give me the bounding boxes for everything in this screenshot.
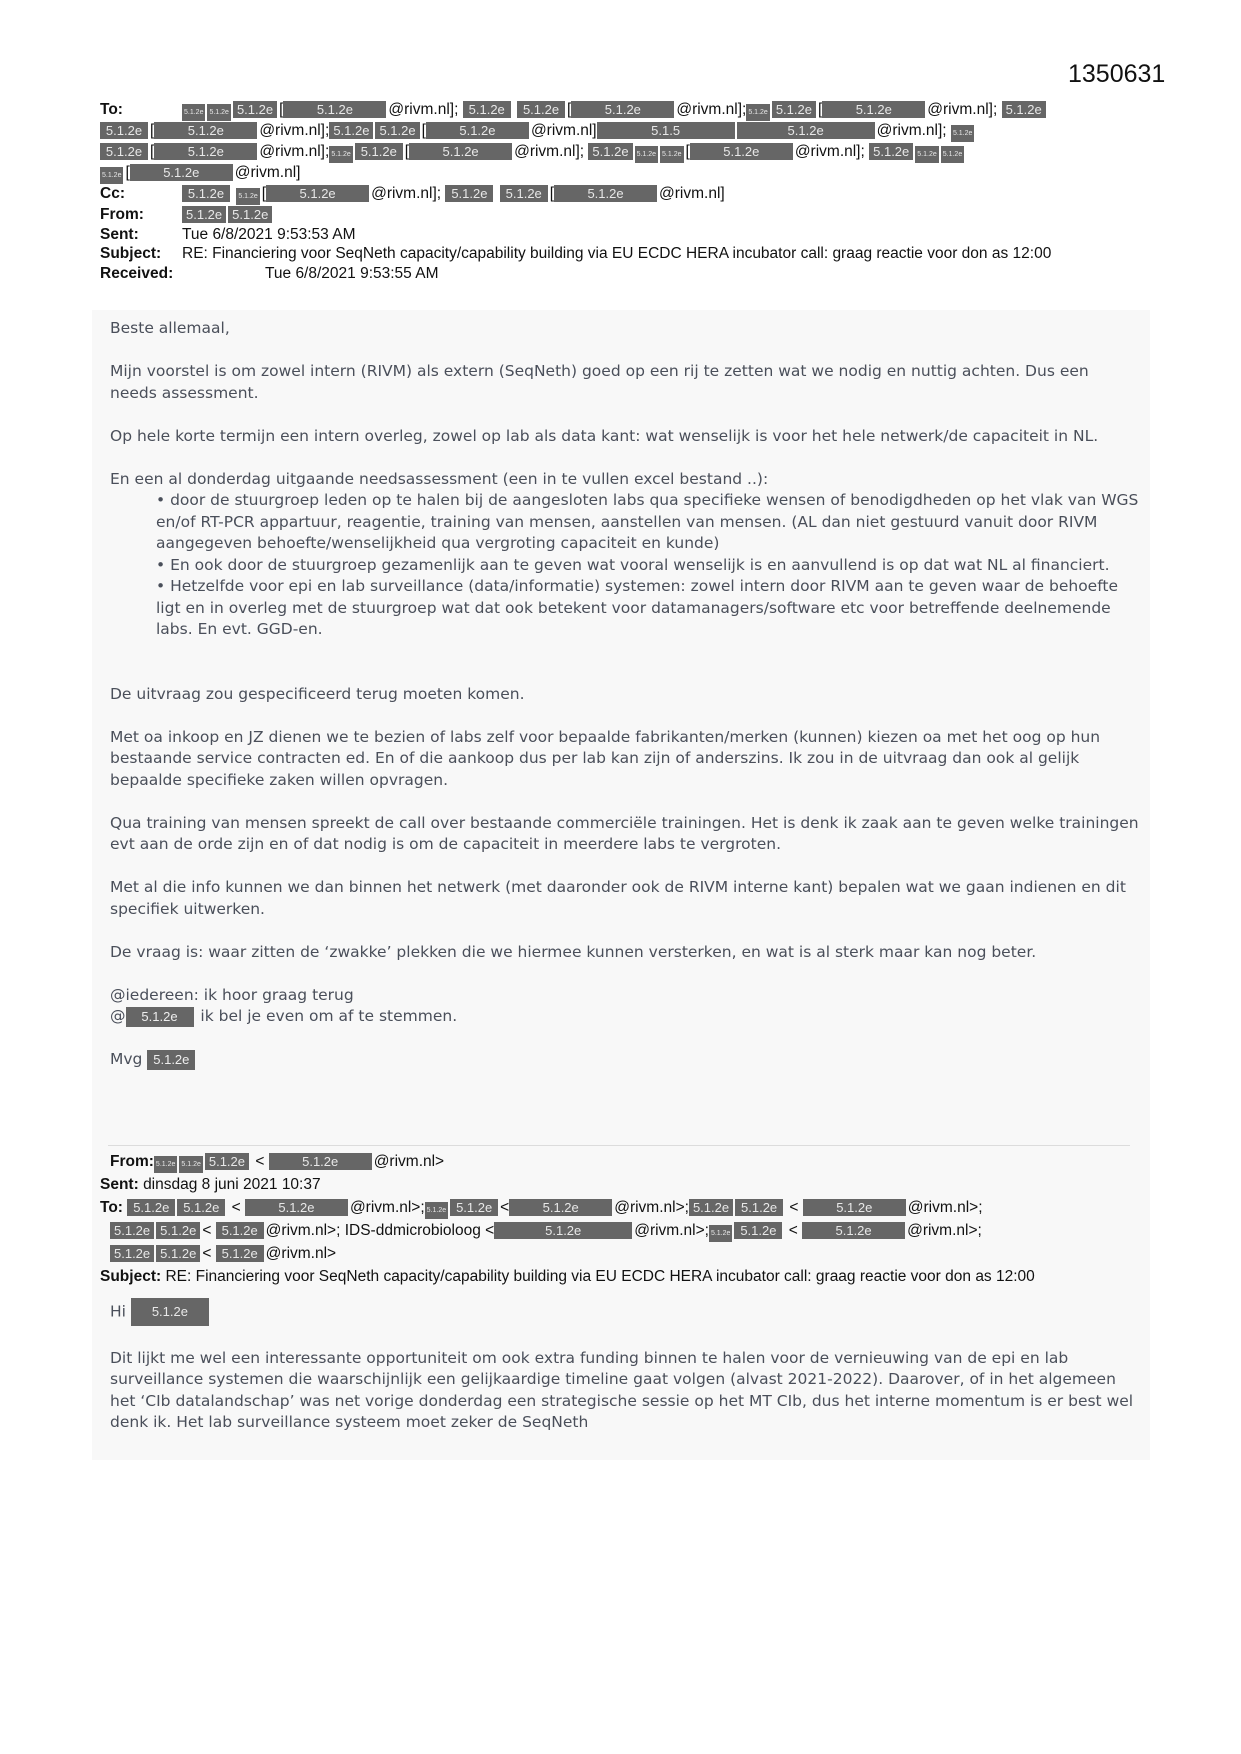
redaction: 5.1.2e — [802, 1222, 905, 1239]
redaction: 5.1.2e — [110, 1222, 154, 1239]
paragraph: Met oa inkoop en JZ dienen we te bezien … — [110, 727, 1140, 792]
cc-row: Cc:5.1.2e 5.1.2e[5.1.2e@rivm.nl]; 5.1.2e… — [100, 184, 1130, 205]
redaction: 5.1.2e — [177, 1199, 225, 1216]
email-suffix: @rivm.nl]; — [388, 101, 458, 118]
subject-row: Subject:RE: Financiering voor SeqNeth ca… — [100, 244, 1130, 264]
bullet-item: Hetzelfde voor epi en lab surveillance (… — [156, 576, 1140, 641]
redaction: 5.1.2e — [445, 185, 493, 202]
redaction: 5.1.2e — [500, 185, 548, 202]
redaction: 5.1.2e — [329, 122, 373, 139]
fwd-subject-value: RE: Financiering voor SeqNeth capacity/c… — [165, 1268, 1034, 1285]
to-label: To: — [100, 100, 182, 120]
redaction: 5.1.2e — [941, 146, 964, 163]
redaction: 5.1.2e — [426, 122, 529, 139]
redaction: 5.1.2e — [734, 1222, 782, 1239]
received-row: Received:Tue 6/8/2021 9:53:55 AM — [100, 264, 1130, 284]
email-suffix: @rivm.nl]; — [259, 122, 329, 139]
paragraph: De vraag is: waar zitten de ‘zwakke’ ple… — [110, 942, 1140, 964]
redaction: 5.1.2e — [951, 125, 974, 142]
redaction: 5.1.2e — [283, 101, 386, 118]
cc-label: Cc: — [100, 184, 182, 204]
redaction: 5.1.2e — [182, 185, 230, 202]
fwd-sent-value: dinsdag 8 juni 2021 10:37 — [143, 1176, 321, 1193]
redaction: 5.1.2e — [660, 146, 683, 163]
redaction: 5.1.2e — [635, 146, 658, 163]
greeting: Beste allemaal, — [110, 318, 1140, 340]
email-header: To:5.1.2e5.1.2e5.1.2e[5.1.2e@rivm.nl]; 5… — [100, 100, 1130, 283]
email-suffix: @rivm.nl]; — [259, 143, 329, 160]
bullet-item: En ook door de stuurgroep gezamenlijk aa… — [156, 555, 1140, 577]
fwd-paragraph: Dit lijkt me wel een interessante opport… — [110, 1348, 1140, 1434]
redaction: 5.1.2e — [236, 188, 259, 205]
redaction: 5.1.2e — [709, 1225, 732, 1242]
sent-label: Sent: — [100, 225, 182, 245]
redaction: 5.1.2e — [803, 1199, 906, 1216]
redaction: 5.1.2e — [409, 143, 512, 160]
redaction: 5.1.2e — [266, 185, 369, 202]
redaction: 5.1.2e — [450, 1199, 498, 1216]
redaction: 5.1.2e — [772, 101, 816, 118]
email-suffix: @rivm.nl] — [235, 164, 301, 181]
redaction: 5.1.2e — [154, 1156, 177, 1173]
email-suffix: @rivm.nl] — [659, 185, 725, 202]
redaction: 5.1.5 — [597, 122, 735, 139]
email-suffix: @rivm.nl]; — [514, 143, 584, 160]
redaction: 5.1.2e — [269, 1153, 372, 1170]
redaction: 5.1.2e — [126, 1007, 194, 1027]
fwd-to-row-3: 5.1.2e5.1.2e< 5.1.2e@rivm.nl> — [100, 1242, 1140, 1265]
received-value: Tue 6/8/2021 9:53:55 AM — [265, 265, 439, 282]
redaction: 5.1.2e — [517, 101, 565, 118]
fwd-from-label: From: — [110, 1153, 154, 1170]
fwd-subject-label: Subject: — [100, 1268, 161, 1285]
subject-label: Subject: — [100, 244, 182, 264]
redaction: 5.1.2e — [463, 101, 511, 118]
from-row: From:5.1.2e5.1.2e — [100, 205, 1130, 225]
fwd-from-row: From:5.1.2e5.1.2e5.1.2e < 5.1.2e@rivm.nl… — [100, 1150, 1140, 1173]
forwarded-body: Hi 5.1.2e Dit lijkt me wel een interessa… — [110, 1298, 1140, 1455]
fwd-to-label: To: — [100, 1199, 123, 1216]
sent-value: Tue 6/8/2021 9:53:53 AM — [182, 226, 356, 243]
redaction: 5.1.2e — [737, 122, 875, 139]
divider — [108, 1145, 1130, 1146]
redaction: 5.1.2e — [494, 1222, 632, 1239]
redaction: 5.1.2e — [100, 143, 148, 160]
redaction: 5.1.2e — [245, 1199, 348, 1216]
paragraph: De uitvraag zou gespecificeerd terug moe… — [110, 684, 1140, 706]
email-suffix: @rivm.nl]; — [371, 185, 441, 202]
redaction: 5.1.2e — [154, 122, 257, 139]
redaction: 5.1.2e — [588, 143, 632, 160]
fwd-sent-row: Sent: dinsdag 8 juni 2021 10:37 — [100, 1173, 1140, 1196]
redaction: 5.1.2e — [100, 122, 148, 139]
redaction: 5.1.2e — [869, 143, 913, 160]
paragraph: En een al donderdag uitgaande needsasses… — [110, 469, 1140, 491]
redaction: 5.1.2e — [425, 1202, 448, 1219]
redaction: 5.1.2e — [690, 143, 793, 160]
redaction: 5.1.2e — [735, 1199, 783, 1216]
to-row-3: 5.1.2e[5.1.2e@rivm.nl];5.1.2e5.1.2e[5.1.… — [100, 142, 1130, 163]
redaction: 5.1.2e — [689, 1199, 733, 1216]
redaction: 5.1.2e — [554, 185, 657, 202]
redaction: 5.1.2e — [915, 146, 938, 163]
fwd-to-row: To: 5.1.2e5.1.2e < 5.1.2e@rivm.nl>;5.1.2… — [100, 1196, 1140, 1219]
signoff: Mvg 5.1.2e — [110, 1049, 1140, 1071]
email-suffix: @rivm.nl]; — [877, 122, 947, 139]
paragraph: Qua training van mensen spreekt de call … — [110, 813, 1140, 856]
spacer — [110, 662, 1140, 684]
fwd-sent-label: Sent: — [100, 1176, 139, 1193]
document-number: 1350631 — [1068, 60, 1165, 89]
redaction: 5.1.2e — [156, 1222, 200, 1239]
sent-row: Sent:Tue 6/8/2021 9:53:53 AM — [100, 225, 1130, 245]
redaction: 5.1.2e — [130, 164, 233, 181]
bullet-item: door de stuurgroep leden op te halen bij… — [156, 490, 1140, 555]
fwd-subject-row: Subject: RE: Financiering voor SeqNeth c… — [100, 1265, 1140, 1288]
redaction: 5.1.2e — [182, 206, 226, 223]
forwarded-header: From:5.1.2e5.1.2e5.1.2e < 5.1.2e@rivm.nl… — [100, 1150, 1140, 1288]
redaction: 5.1.2e — [216, 1222, 264, 1239]
redaction: 5.1.2e — [100, 167, 123, 184]
paragraph: Met al die info kunnen we dan binnen het… — [110, 877, 1140, 920]
redaction: 5.1.2e — [375, 122, 419, 139]
redaction: 5.1.2e — [1002, 101, 1046, 118]
redaction: 5.1.2e — [156, 1245, 200, 1262]
redaction: 5.1.2e — [147, 1050, 195, 1070]
mention-person: @5.1.2e ik bel je even om af te stemmen. — [110, 1006, 1140, 1028]
mention-all: @iedereen: ik hoor graag terug — [110, 985, 1140, 1007]
redaction: 5.1.2e — [355, 143, 403, 160]
redaction: 5.1.2e — [131, 1298, 209, 1326]
paragraph: Mijn voorstel is om zowel intern (RIVM) … — [110, 361, 1140, 404]
fwd-to-row-2: 5.1.2e5.1.2e< 5.1.2e@rivm.nl>; IDS-ddmic… — [100, 1219, 1140, 1242]
redaction: 5.1.2e — [207, 104, 230, 121]
redaction: 5.1.2e — [179, 1156, 202, 1173]
redaction: 5.1.2e — [127, 1199, 175, 1216]
redaction: 5.1.2e — [571, 101, 674, 118]
redaction: 5.1.2e — [228, 206, 272, 223]
email-suffix: @rivm.nl]; — [676, 101, 746, 118]
paragraph: Op hele korte termijn een intern overleg… — [110, 426, 1140, 448]
received-label: Received: — [100, 264, 265, 284]
redaction: 5.1.2e — [216, 1245, 264, 1262]
redaction: 5.1.2e — [154, 143, 257, 160]
to-row-2: 5.1.2e[5.1.2e@rivm.nl];5.1.2e5.1.2e[5.1.… — [100, 121, 1130, 142]
from-label: From: — [100, 205, 182, 225]
bullet-list: door de stuurgroep leden op te halen bij… — [110, 490, 1140, 641]
redaction: 5.1.2e — [822, 101, 925, 118]
email-suffix: @rivm.nl]; — [795, 143, 865, 160]
redaction: 5.1.2e — [110, 1245, 154, 1262]
redaction: 5.1.2e — [233, 101, 277, 118]
message-body: Beste allemaal, Mijn voorstel is om zowe… — [110, 318, 1140, 1092]
distribution-list: IDS-ddmicrobioloog — [345, 1222, 481, 1239]
email-suffix: @rivm.nl] — [531, 122, 597, 139]
fwd-greeting: Hi 5.1.2e — [110, 1298, 1140, 1326]
to-row-4: 5.1.2e[5.1.2e@rivm.nl] — [100, 163, 1130, 184]
redaction: 5.1.2e — [746, 104, 769, 121]
redaction: 5.1.2e — [509, 1199, 612, 1216]
email-suffix: @rivm.nl]; — [927, 101, 997, 118]
redaction: 5.1.2e — [329, 146, 352, 163]
redaction: 5.1.2e — [182, 104, 205, 121]
redaction: 5.1.2e — [205, 1153, 249, 1170]
to-row: To:5.1.2e5.1.2e5.1.2e[5.1.2e@rivm.nl]; 5… — [100, 100, 1130, 121]
subject-value: RE: Financiering voor SeqNeth capacity/c… — [182, 245, 1051, 262]
